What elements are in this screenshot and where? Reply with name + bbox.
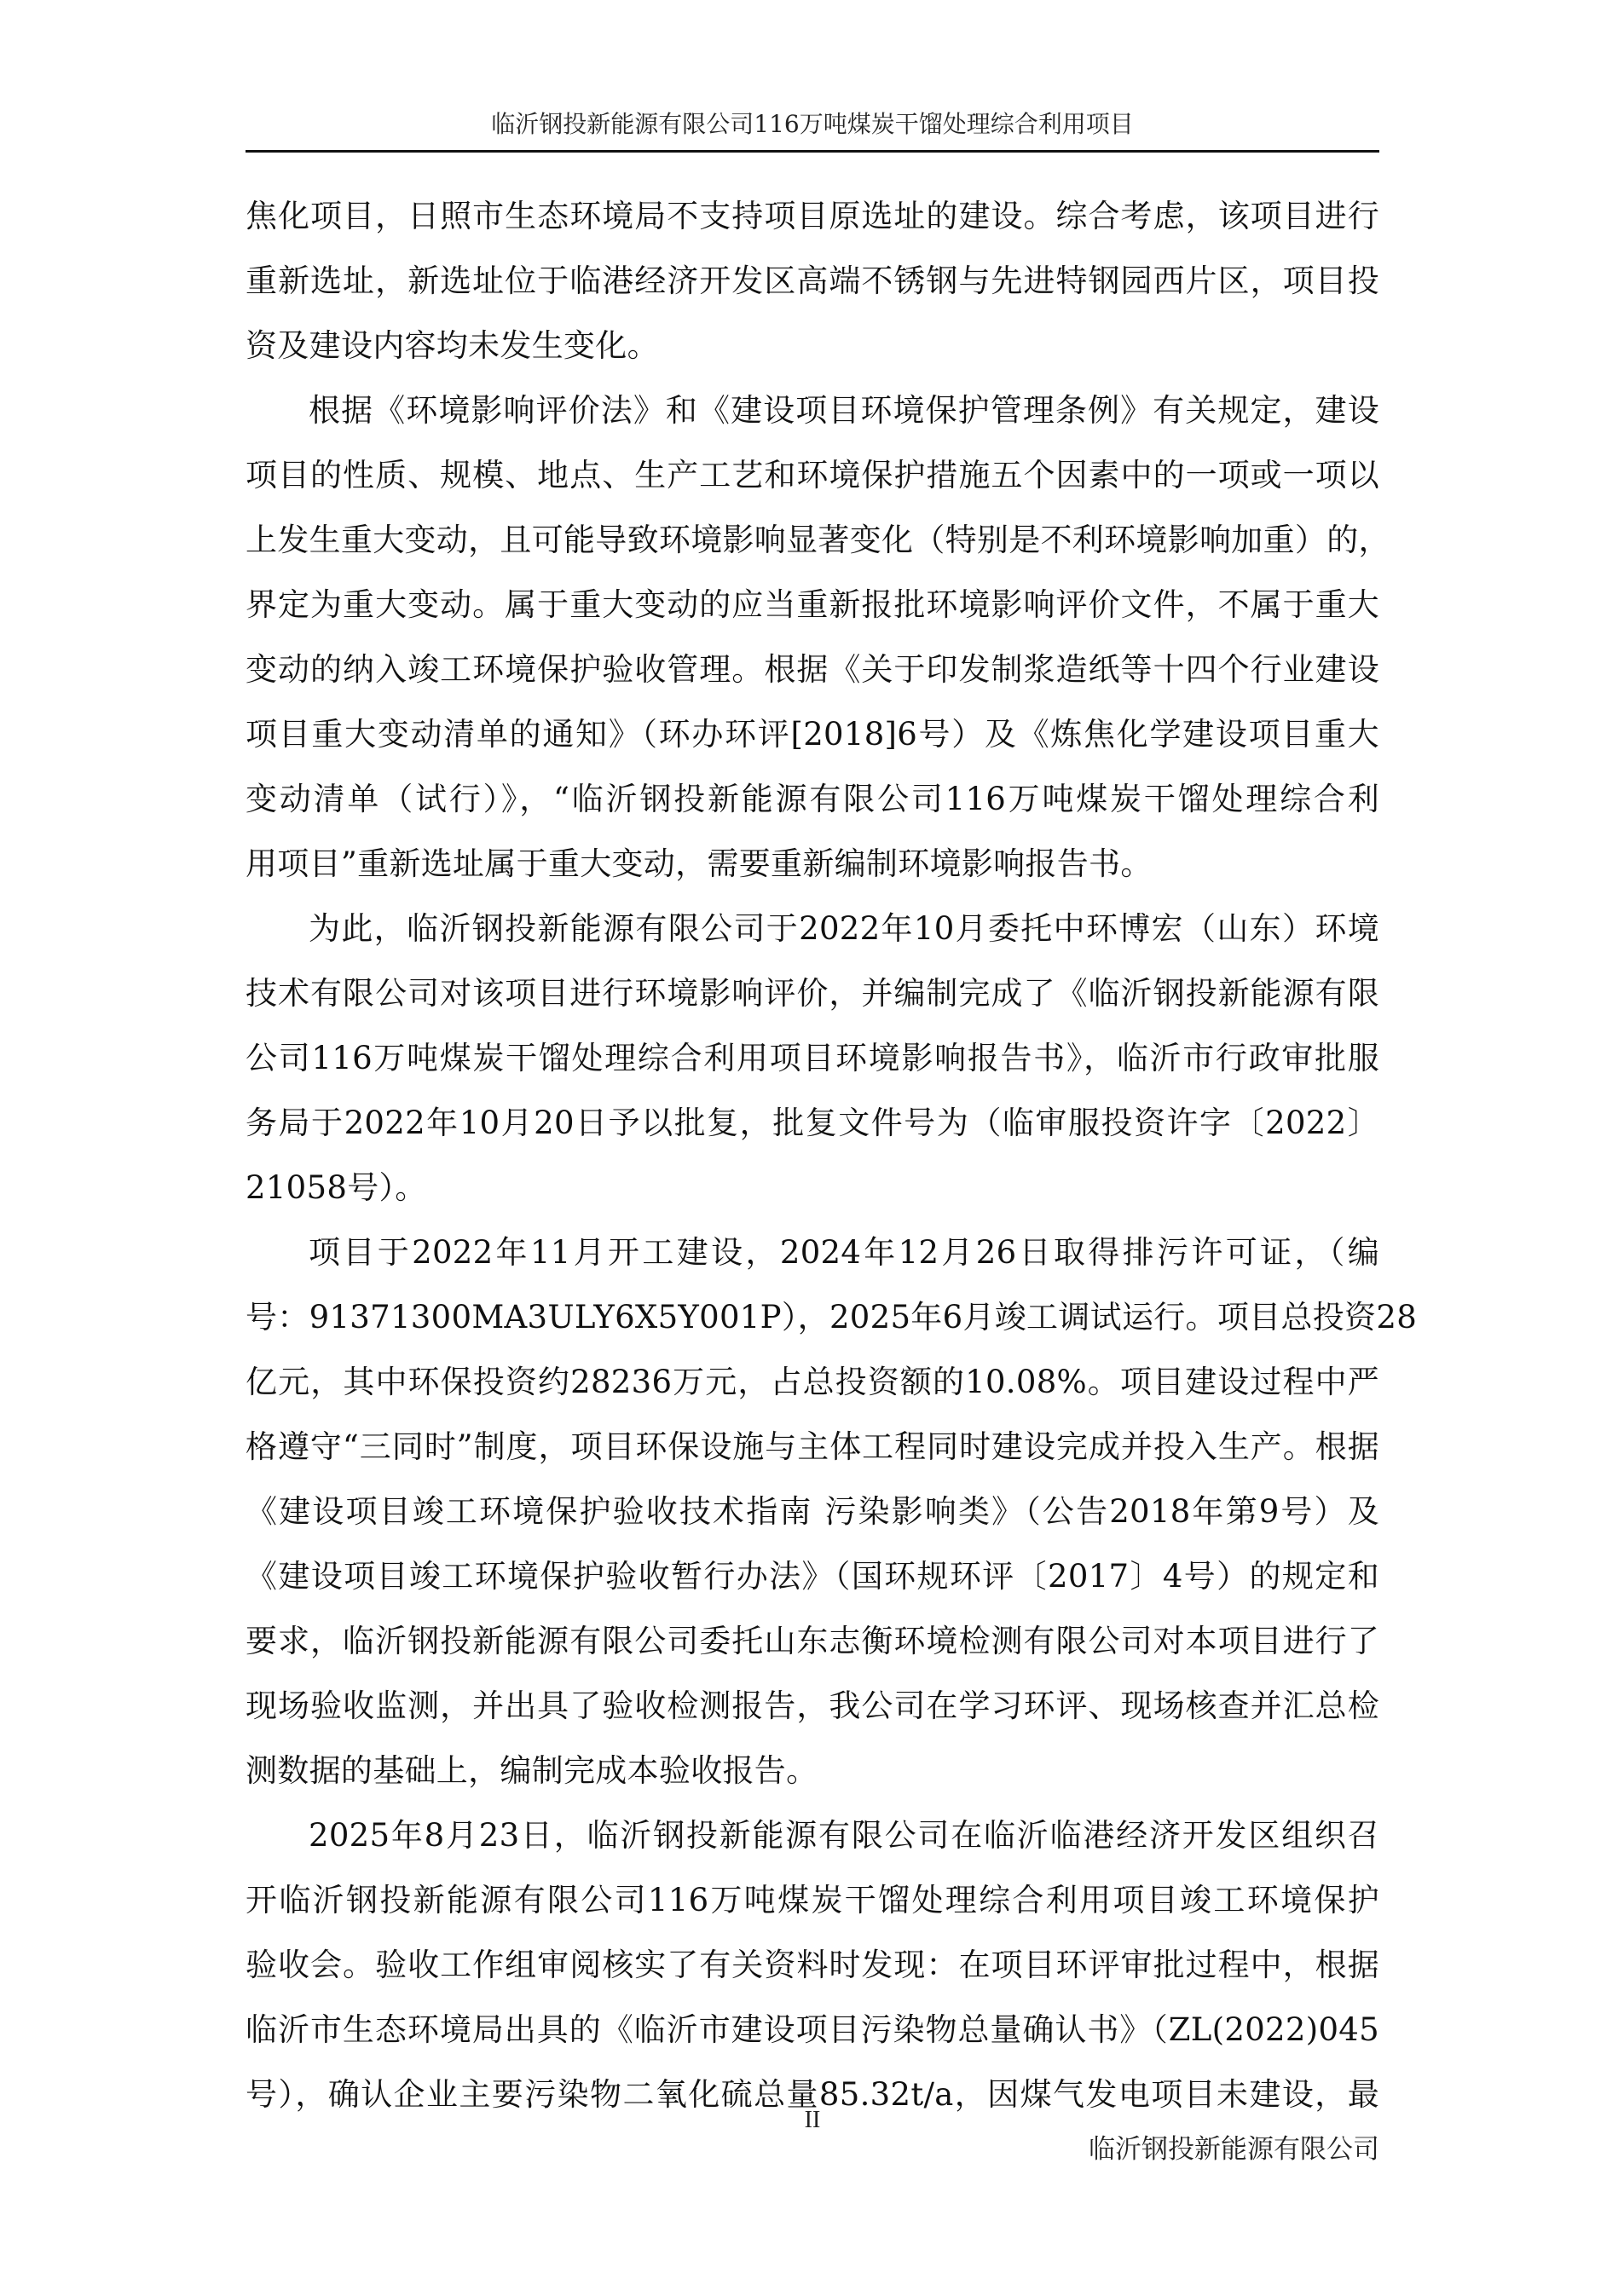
text-line: 验收会。验收工作组审阅核实了有关资料时发现：在项目环评审批过程中，根据 — [246, 1933, 1379, 1998]
text-line: 焦化项目，日照市生态环境局不支持项目原选址的建设。综合考虑，该项目进行 — [246, 184, 1379, 249]
paragraph-2: 根据《环境影响评价法》和《建设项目环境保护管理条例》有关规定，建设 项目的性质、… — [246, 378, 1379, 897]
text-line: 格遵守“三同时”制度，项目环保设施与主体工程同时建设完成并投入生产。根据 — [246, 1415, 1379, 1480]
paragraph-4: 项目于2022年11月开工建设，2024年12月26日取得排污许可证，（编 号：… — [246, 1220, 1379, 1803]
text-line: 开临沂钢投新能源有限公司116万吨煤炭干馏处理综合利用项目竣工环境保护 — [246, 1868, 1379, 1933]
text-line: 项目重大变动清单的通知》（环办环评[2018]6号）及《炼焦化学建设项目重大 — [246, 702, 1379, 767]
document-body: 焦化项目，日照市生态环境局不支持项目原选址的建设。综合考虑，该项目进行 重新选址… — [246, 184, 1379, 2127]
text-line: 现场验收监测，并出具了验收检测报告，我公司在学习环评、现场核查并汇总检 — [246, 1674, 1379, 1739]
text-line: 《建设项目竣工环境保护验收暂行办法》（国环规环评〔2017〕4号）的规定和 — [246, 1544, 1379, 1609]
text-line: 用项目”重新选址属于重大变动，需要重新编制环境影响报告书。 — [246, 832, 1379, 897]
header-divider — [246, 150, 1379, 153]
text-line: 21058号）。 — [246, 1156, 1379, 1220]
text-line: 界定为重大变动。属于重大变动的应当重新报批环境影响评价文件，不属于重大 — [246, 573, 1379, 637]
text-line: 2025年8月23日，临沂钢投新能源有限公司在临沂临港经济开发区组织召 — [246, 1803, 1379, 1868]
text-line: 变动的纳入竣工环境保护验收管理。根据《关于印发制浆造纸等十四个行业建设 — [246, 637, 1379, 702]
paragraph-3: 为此，临沂钢投新能源有限公司于2022年10月委托中环博宏（山东）环境 技术有限… — [246, 897, 1379, 1220]
text-line: 公司116万吨煤炭干馏处理综合利用项目环境影响报告书》，临沂市行政审批服 — [246, 1026, 1379, 1091]
footer-company-name: 临沂钢投新能源有限公司 — [1089, 2132, 1379, 2166]
text-line: 项目的性质、规模、地点、生产工艺和环境保护措施五个因素中的一项或一项以 — [246, 443, 1379, 508]
text-line: 《建设项目竣工环境保护验收技术指南 污染影响类》（公告2018年第9号）及 — [246, 1480, 1379, 1544]
text-line: 重新选址，新选址位于临港经济开发区高端不锈钢与先进特钢园西片区，项目投 — [246, 249, 1379, 314]
text-line: 根据《环境影响评价法》和《建设项目环境保护管理条例》有关规定，建设 — [246, 378, 1379, 443]
text-line: 上发生重大变动，且可能导致环境影响显著变化（特别是不利环境影响加重）的， — [246, 508, 1379, 573]
text-line: 临沂市生态环境局出具的《临沂市建设项目污染物总量确认书》（ZL(2022)045 — [246, 1998, 1379, 2062]
text-line: 要求，临沂钢投新能源有限公司委托山东志衡环境检测有限公司对本项目进行了 — [246, 1609, 1379, 1674]
text-line: 技术有限公司对该项目进行环境影响评价，并编制完成了《临沂钢投新能源有限 — [246, 961, 1379, 1026]
text-line: 项目于2022年11月开工建设，2024年12月26日取得排污许可证，（编 — [246, 1220, 1379, 1285]
text-line: 务局于2022年10月20日予以批复，批复文件号为（临审服投资许字〔2022〕 — [246, 1091, 1379, 1156]
header-title: 临沂钢投新能源有限公司116万吨煤炭干馏处理综合利用项目 — [246, 109, 1379, 140]
text-line: 变动清单（试行）》，“临沂钢投新能源有限公司116万吨煤炭干馏处理综合利 — [246, 767, 1379, 832]
text-line: 亿元，其中环保投资约28236万元，占总投资额的10.08%。项目建设过程中严 — [246, 1350, 1379, 1415]
paragraph-5: 2025年8月23日，临沂钢投新能源有限公司在临沂临港经济开发区组织召 开临沂钢… — [246, 1803, 1379, 2127]
text-line: 测数据的基础上，编制完成本验收报告。 — [246, 1739, 1379, 1803]
paragraph-1: 焦化项目，日照市生态环境局不支持项目原选址的建设。综合考虑，该项目进行 重新选址… — [246, 184, 1379, 378]
page-number: II — [246, 2107, 1379, 2134]
text-line: 资及建设内容均未发生变化。 — [246, 314, 1379, 378]
text-line: 为此，临沂钢投新能源有限公司于2022年10月委托中环博宏（山东）环境 — [246, 897, 1379, 961]
text-line: 号：91371300MA3ULY6X5Y001P），2025年6月竣工调试运行。… — [246, 1285, 1379, 1350]
